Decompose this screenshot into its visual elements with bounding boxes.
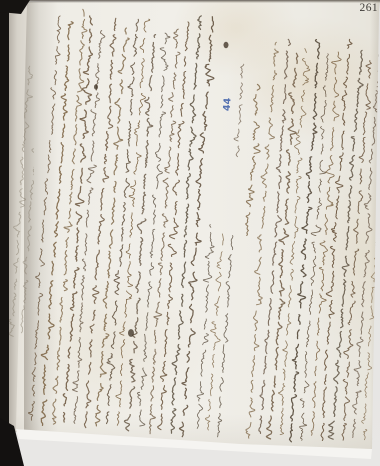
folio-number: 261: [352, 2, 378, 14]
binding-fold-shadow: [24, 0, 58, 466]
page-right-edge-shading: [370, 0, 380, 466]
binding-gutter: [0, 0, 9, 466]
page-top-edge-shadow: [24, 0, 380, 3]
archivist-mark: 44: [222, 98, 234, 112]
manuscript-page: [0, 0, 380, 466]
scanned-manuscript-page: 261 44: [0, 0, 380, 466]
